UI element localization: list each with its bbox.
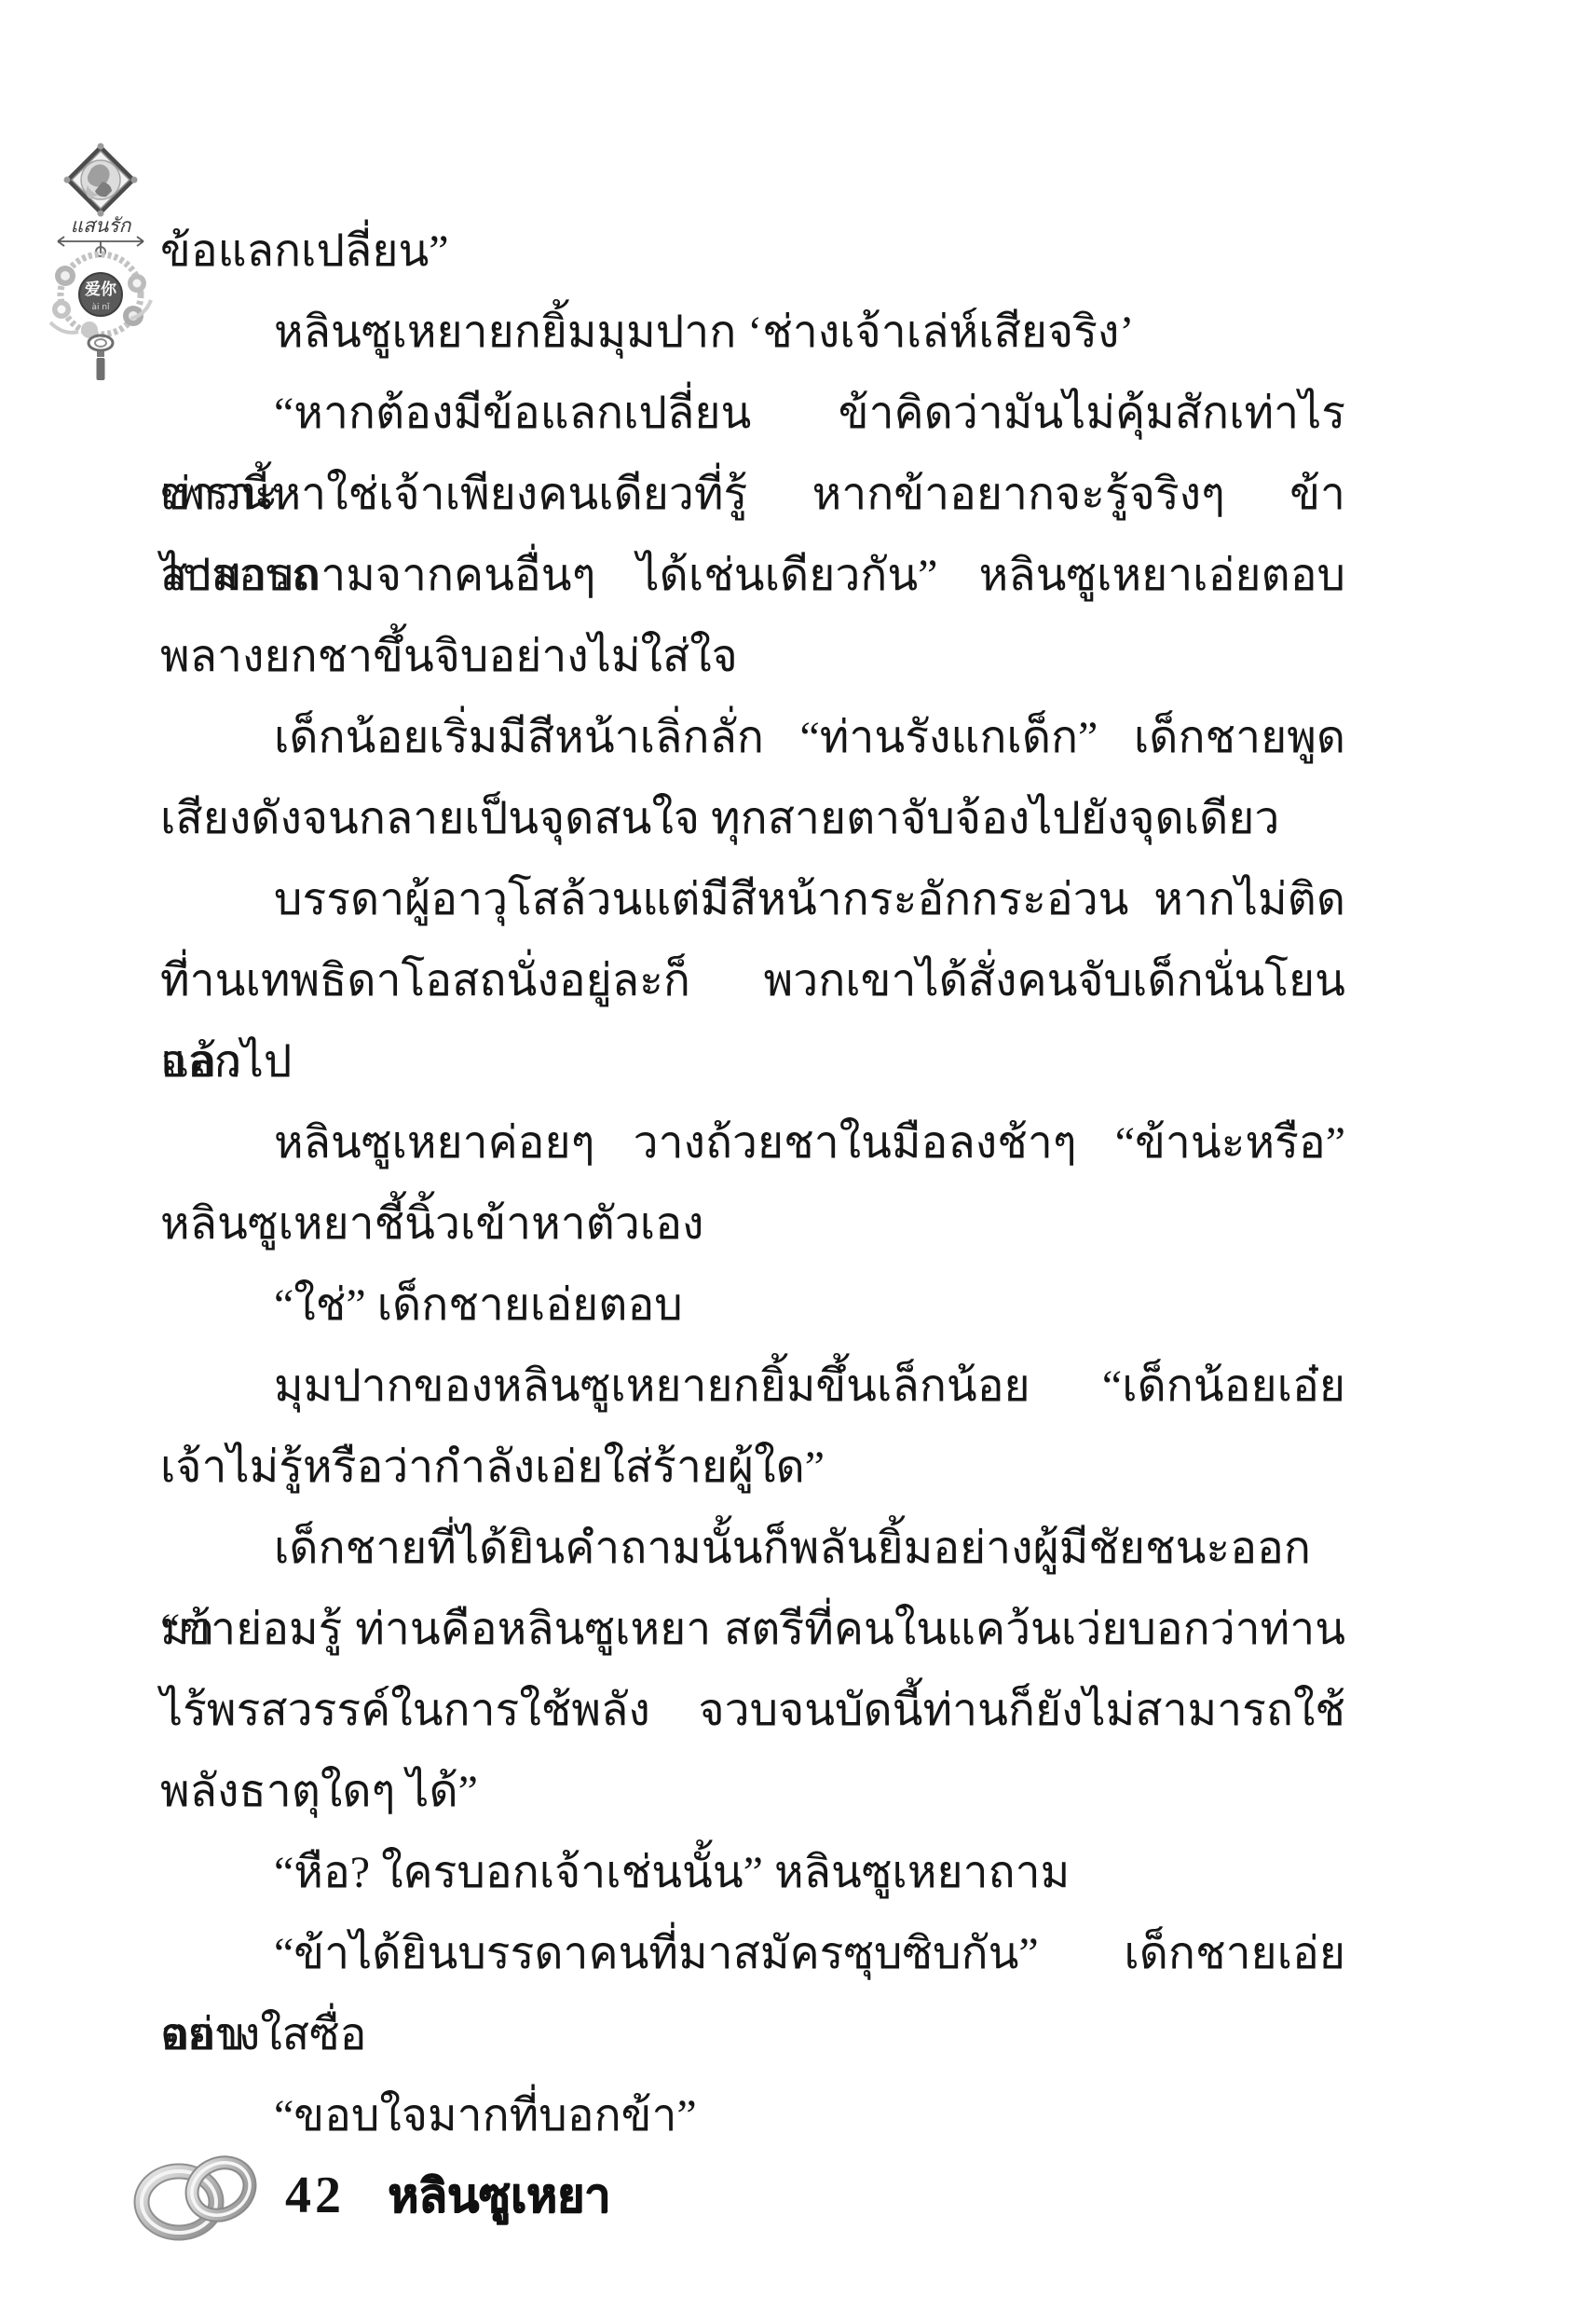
book-page: แสนรัก (0, 0, 1596, 2311)
text-line: ไปสอบถามจากคนอื่นๆ ได้เช่นเดียวกัน” หลิน… (160, 535, 1345, 616)
divider-line (58, 237, 143, 253)
text-line: แล้ว (160, 1021, 1345, 1102)
medallion-chinese-text: 爱你 (85, 280, 117, 299)
text-line: “หากต้องมีข้อแลกเปลี่ยน ข้าคิดว่ามันไม่ค… (160, 373, 1345, 454)
page-body: ข้อแลกเปลี่ยน” หลินซูเหยายกยิ้มมุมปาก ‘ช… (160, 211, 1345, 2156)
text-line: ไร้พรสวรรค์ในการใช้พลัง จวบจนบัดนี้ท่านก… (160, 1670, 1345, 1751)
text-line: เจ้าไม่รู้หรือว่ากำลังเอ่ยใส่ร้ายผู้ใด” (160, 1427, 1345, 1508)
text-line: พลางยกชาขึ้นจิบอย่างไม่ใส่ใจ (160, 616, 1345, 697)
text-line: หลินซูเหยายกยิ้มมุมปาก ‘ช่างเจ้าเล่ห์เสี… (160, 292, 1345, 373)
text-line: “ข้าได้ยินบรรดาคนที่มาสมัครซุบซิบกัน” เด… (160, 1913, 1345, 1994)
chapter-ornament: แสนรัก (41, 136, 162, 383)
tassel-icon (89, 335, 113, 380)
diamond-portrait-icon (64, 144, 138, 217)
text-line: เด็กชายที่ได้ยินคำถามนั้นก็พลันยิ้มอย่าง… (160, 1508, 1345, 1589)
text-line: หลินซูเหยาชี้นิ้วเข้าหาตัวเอง (160, 1183, 1345, 1265)
ornament-graphic: แสนรัก (41, 136, 162, 383)
text-line: “หือ? ใครบอกเจ้าเช่นนั้น” หลินซูเหยาถาม (160, 1832, 1345, 1913)
page-number: 42 (285, 2166, 345, 2225)
medallion-icon: 爱你 ài nǐ (50, 254, 151, 338)
running-title: หลินซูเหยา (388, 2159, 610, 2233)
text-line: มุมปากของหลินซูเหยายกยิ้มขึ้นเล็กน้อย “เ… (160, 1346, 1345, 1427)
text-line: หลินซูเหยาค่อยๆ วางถ้วยชาในมือลงช้าๆ “ข้… (160, 1102, 1345, 1183)
medallion-pinyin-text: ài nǐ (91, 303, 110, 312)
text-line: พลังธาตุใดๆ ได้” (160, 1751, 1345, 1832)
text-line: เด็กน้อยเริ่มมีสีหน้าเลิ่กลั่ก “ท่านรังแ… (160, 697, 1345, 778)
text-line: บรรดาผู้อาวุโสล้วนแต่มีสีหน้ากระอักกระอ่… (160, 859, 1345, 940)
text-line: อย่างใสซื่อ (160, 1994, 1345, 2075)
text-line: เสียงดังจนกลายเป็นจุดสนใจ ทุกสายตาจับจ้อ… (160, 778, 1345, 859)
series-label: แสนรัก (71, 214, 132, 237)
text-line: ข่าวนี้หาใช่เจ้าเพียงคนเดียวที่รู้ หากข้… (160, 454, 1345, 535)
wedding-rings-icon (130, 2144, 261, 2247)
text-line: “ข้าย่อมรู้ ท่านคือหลินซูเหยา สตรีที่คนใ… (160, 1589, 1345, 1670)
text-line: ข้อแลกเปลี่ยน” (160, 211, 1345, 292)
page-footer: 42 หลินซูเหยา (130, 2140, 610, 2251)
text-line: ท่านเทพธิดาโอสถนั่งอยู่ละก็ พวกเขาได้สั่… (160, 940, 1345, 1021)
text-line: “ใช่” เด็กชายเอ่ยตอบ (160, 1265, 1345, 1346)
